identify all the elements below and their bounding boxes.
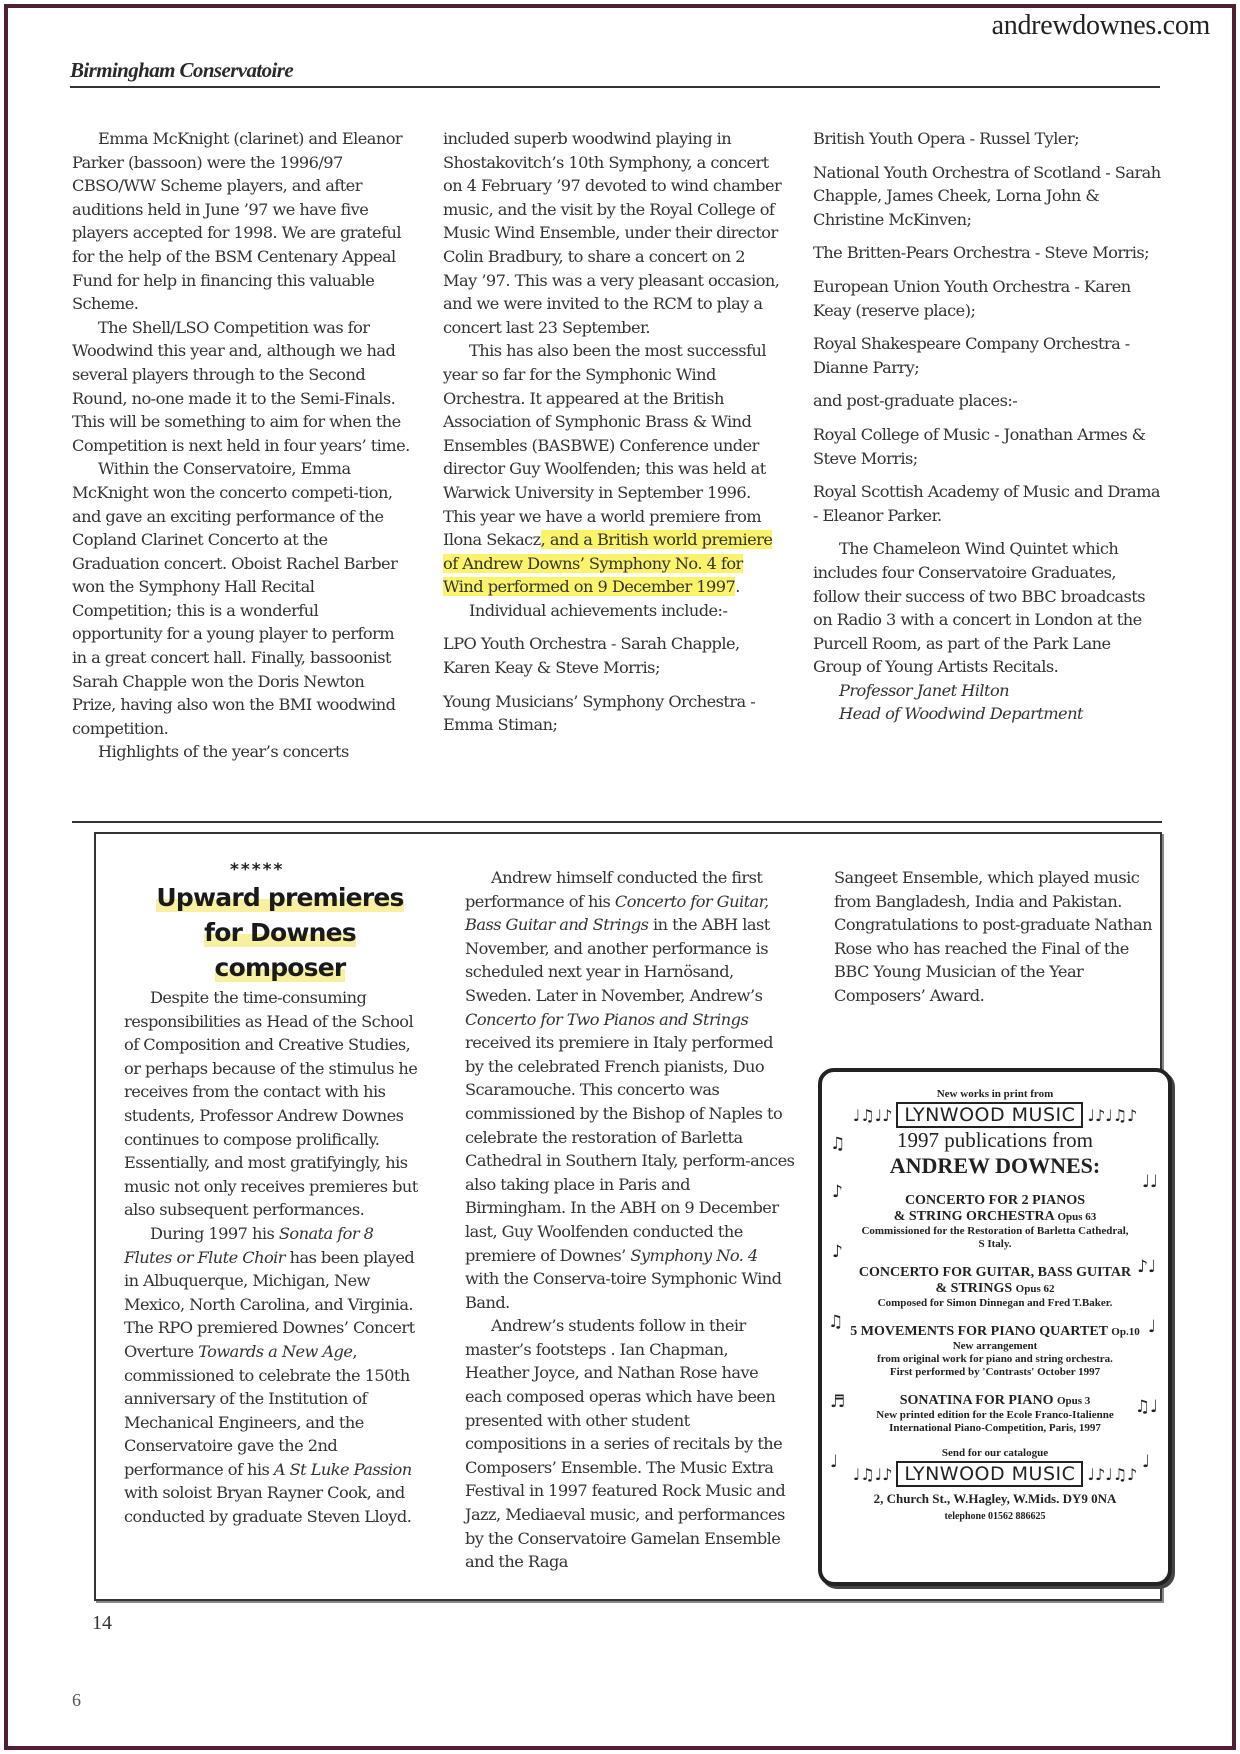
advert-publications-line: 1997 publications from [822, 1128, 1168, 1153]
paragraph: Andrew’s students follow in their master… [465, 1314, 795, 1574]
work-title: A St Luke Passion [274, 1460, 412, 1479]
advert-brand-row: ♩♫♩♪ LYNWOOD MUSIC ♩♪♩♫♪ [822, 1102, 1168, 1128]
paragraph: This has also been the most successful y… [443, 339, 783, 599]
achievement-item: Royal College of Music - Jonathan Armes … [813, 423, 1163, 470]
paragraph: The Shell/LSO Competition was for Woodwi… [72, 316, 410, 458]
advert-work: CONCERTO FOR GUITAR, BASS GUITAR & STRIN… [822, 1265, 1168, 1310]
headline-line: for Downes [204, 918, 356, 947]
work-opus: Opus 3 [1057, 1395, 1090, 1407]
boxed-column-1: Despite the time-consuming responsibilit… [124, 986, 424, 1529]
work-title: 5 MOVEMENTS FOR PIANO QUARTET [850, 1324, 1108, 1339]
paragraph-text: with soloist Bryan Rayner Cook, and cond… [124, 1483, 411, 1526]
paragraph: Sangeet Ensemble, which played music fro… [834, 866, 1154, 1008]
music-note-icon: ♫ [830, 1134, 845, 1154]
advert-address: 2, Church St., W.Hagley, W.Mids. DY9 0NA [822, 1491, 1168, 1507]
achievement-item: Royal Scottish Academy of Music and Dram… [813, 480, 1163, 527]
achievement-item: European Union Youth Orchestra - Karen K… [813, 275, 1163, 322]
work-description: New printed edition for the Ecole Franco… [822, 1409, 1168, 1422]
paragraph-text: , commissioned to celebrate the 150th an… [124, 1342, 410, 1479]
page-number: 14 [92, 1612, 112, 1635]
music-note-icon: ♩ [830, 1452, 838, 1472]
article-column-3: British Youth Opera - Russel Tyler; Nati… [813, 127, 1163, 726]
work-title: Concerto for Two Pianos and Strings [465, 1010, 748, 1029]
advert-intro: New works in print from [822, 1088, 1168, 1100]
advert-work: SONATINA FOR PIANO Opus 3 New printed ed… [822, 1393, 1168, 1435]
work-description: International Piano-Competition, Paris, … [822, 1422, 1168, 1435]
lynwood-music-advert: New works in print from ♩♫♩♪ LYNWOOD MUS… [818, 1068, 1172, 1586]
work-title: Symphony No. 4 [630, 1246, 757, 1265]
music-notes-icon: ♩♫♩♪ [853, 1465, 893, 1484]
advert-work: CONCERTO FOR 2 PIANOS & STRING ORCHESTRA… [822, 1193, 1168, 1251]
paragraph-text: During 1997 his [150, 1224, 279, 1243]
work-description: First performed by 'Contrasts' October 1… [822, 1366, 1168, 1379]
paragraph: Highlights of the year’s concerts [72, 740, 410, 764]
headline-line: composer [215, 953, 346, 982]
article-column-2: included superb woodwind playing in Shos… [443, 127, 783, 737]
work-opus: Opus 62 [1016, 1283, 1055, 1295]
music-note-icon: ♪♩ [1137, 1257, 1156, 1277]
work-description: New arrangement [822, 1340, 1168, 1353]
site-url: andrewdownes.com [992, 10, 1210, 42]
paragraph-text: received its premiere in Italy performed… [465, 1033, 794, 1264]
signature-title: Head of Woodwind Department [813, 702, 1163, 726]
music-note-icon: ♬ [830, 1392, 845, 1412]
work-description: Commissioned for the Restoration of Barl… [822, 1225, 1168, 1238]
music-note-icon: ♩♩ [1142, 1172, 1158, 1192]
music-notes-icon: ♩♫♩♪ [853, 1106, 893, 1125]
signature-name: Professor Janet Hilton [813, 679, 1163, 703]
paragraph-text: with the Conserva-toire Symphonic Wind B… [465, 1269, 781, 1312]
paragraph: Emma McKnight (clarinet) and Eleanor Par… [72, 127, 410, 316]
music-notes-icon: ♩♪♩♫♪ [1087, 1106, 1137, 1125]
music-note-icon: ♫ [828, 1312, 843, 1332]
advert-telephone: telephone 01562 886625 [822, 1511, 1168, 1522]
music-notes-icon: ♩♪♩♫♪ [1087, 1465, 1137, 1484]
work-description: from original work for piano and string … [822, 1353, 1168, 1366]
music-note-icon: ♪ [832, 1242, 843, 1262]
achievement-item: National Youth Orchestra of Scotland - S… [813, 161, 1163, 232]
paragraph: included superb woodwind playing in Shos… [443, 127, 783, 339]
work-description: S Italy. [822, 1238, 1168, 1251]
paragraph-text: . [735, 577, 740, 596]
section-rule [72, 821, 1162, 823]
achievement-item: Young Musicians’ Symphony Orchestra - Em… [443, 690, 783, 737]
paragraph-text: This has also been the most successful y… [443, 341, 766, 549]
achievement-item: LPO Youth Orchestra - Sarah Chapple, Kar… [443, 632, 783, 679]
achievement-item: The Britten-Pears Orchestra - Steve Morr… [813, 241, 1163, 265]
work-description: Composed for Simon Dinnegan and Fred T.B… [822, 1297, 1168, 1310]
advert-work: 5 MOVEMENTS FOR PIANO QUARTET Op.10 New … [822, 1324, 1168, 1379]
work-opus: Op.10 [1111, 1326, 1139, 1338]
advert-brand: LYNWOOD MUSIC [896, 1102, 1083, 1128]
work-title: CONCERTO FOR GUITAR, BASS GUITAR [859, 1265, 1131, 1280]
paragraph: Andrew himself conducted the first perfo… [465, 866, 795, 1314]
work-title: CONCERTO FOR 2 PIANOS [905, 1193, 1085, 1208]
stray-mark: 6 [72, 1690, 81, 1711]
work-title: & STRINGS [936, 1281, 1013, 1296]
paragraph: During 1997 his Sonata for 8 Flutes or F… [124, 1222, 424, 1529]
work-opus: Opus 63 [1057, 1211, 1096, 1223]
paragraph: The Chameleon Wind Quintet which include… [813, 537, 1163, 679]
advert-brand: LYNWOOD MUSIC [896, 1461, 1083, 1487]
decorative-stars: ***** [230, 860, 284, 880]
article-column-1: Emma McKnight (clarinet) and Eleanor Par… [72, 127, 410, 764]
headline-line: Upward premieres [156, 883, 403, 912]
advert-catalogue: Send for our catalogue [822, 1447, 1168, 1459]
work-title: & STRING ORCHESTRA [894, 1209, 1054, 1224]
achievement-item: and post-graduate places:- [813, 389, 1163, 413]
music-note-icon: ♩ [1142, 1452, 1150, 1472]
achievement-item: British Youth Opera - Russel Tyler; [813, 127, 1163, 151]
music-note-icon: ♫♩ [1135, 1397, 1158, 1417]
work-title: Towards a New Age [198, 1342, 352, 1361]
music-note-icon: ♪ [832, 1182, 843, 1202]
paragraph: Within the Conservatoire, Emma McKnight … [72, 457, 410, 740]
article-headline: Upward premieres for Downes composer [120, 880, 440, 985]
header-rule [70, 86, 1160, 88]
advert-composer: ANDREW DOWNES: [822, 1153, 1168, 1179]
advert-brand-row: ♩♫♩♪ LYNWOOD MUSIC ♩♪♩♫♪ [822, 1461, 1168, 1487]
paragraph: Despite the time-consuming responsibilit… [124, 986, 424, 1222]
work-title: SONATINA FOR PIANO [900, 1393, 1054, 1408]
running-head: Birmingham Conservatoire [70, 58, 293, 83]
paragraph: Individual achievements include:- [443, 599, 783, 623]
music-note-icon: ♩ [1148, 1317, 1156, 1337]
achievement-item: Royal Shakespeare Company Orchestra - Di… [813, 332, 1163, 379]
boxed-column-3: Sangeet Ensemble, which played music fro… [834, 866, 1154, 1008]
boxed-column-2: Andrew himself conducted the first perfo… [465, 866, 795, 1574]
